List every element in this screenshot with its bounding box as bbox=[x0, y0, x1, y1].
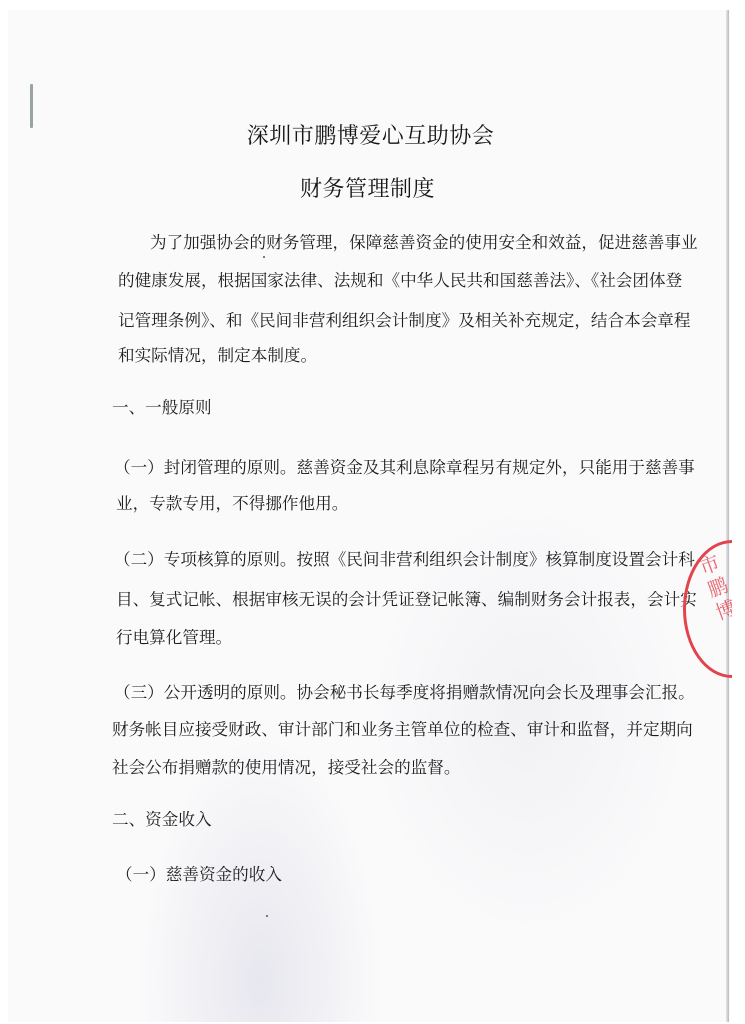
principle-1-line-2: 业，专款专用，不得挪作他用。 bbox=[116, 493, 638, 515]
intro-line-1: 为了加强协会的财务管理，保障慈善资金的使用安全和效益，促进慈善事业 bbox=[150, 232, 640, 254]
principle-2-line-3: 行电算化管理。 bbox=[116, 627, 638, 649]
scan-speck bbox=[266, 915, 268, 917]
principle-3-line-1: （三）公开透明的原则。协会秘书长每季度将捐赠款情况向会长及理事会汇报。 bbox=[114, 682, 640, 704]
intro-line-2: 的健康发展，根据国家法律、法规和《中华人民共和国慈善法》、《社会团体登 bbox=[118, 270, 640, 292]
section-heading-general-principles: 一、一般原则 bbox=[112, 397, 634, 419]
income-subheading-1: （一）慈善资金的收入 bbox=[116, 864, 638, 886]
principle-2-line-2: 目、复式记帐、根据审核无误的会计凭证登记帐簿、编制财务会计报表，会计实 bbox=[116, 589, 638, 611]
intro-line-4: 和实际情况，制定本制度。 bbox=[118, 345, 640, 367]
principle-3-line-2: 财务帐目应接受财政、审计部门和业务主管单位的检查、审计和监督，并定期向 bbox=[112, 719, 636, 741]
scan-speck bbox=[263, 256, 265, 258]
principle-1-line-1: （一）封闭管理的原则。慈善资金及其利息除章程另有规定外，只能用于慈善事 bbox=[114, 457, 640, 479]
organization-title: 深圳市鹏博爱心互助协会 bbox=[0, 119, 743, 150]
principle-3-line-3: 社会公布捐赠款的使用情况，接受社会的监督。 bbox=[112, 757, 634, 779]
seal-text: 市鹏博 bbox=[696, 545, 745, 625]
page-edge bbox=[726, 10, 729, 1022]
document-title: 财务管理制度 bbox=[0, 172, 740, 203]
intro-line-3: 记管理条例》、和《民间非营利组织会计制度》及相关补充规定，结合本会章程 bbox=[118, 310, 640, 332]
principle-2-line-1: （二）专项核算的原则。按照《民间非营利组织会计制度》核算制度设置会计科 bbox=[114, 549, 638, 571]
section-heading-fund-income: 二、资金收入 bbox=[112, 809, 634, 831]
